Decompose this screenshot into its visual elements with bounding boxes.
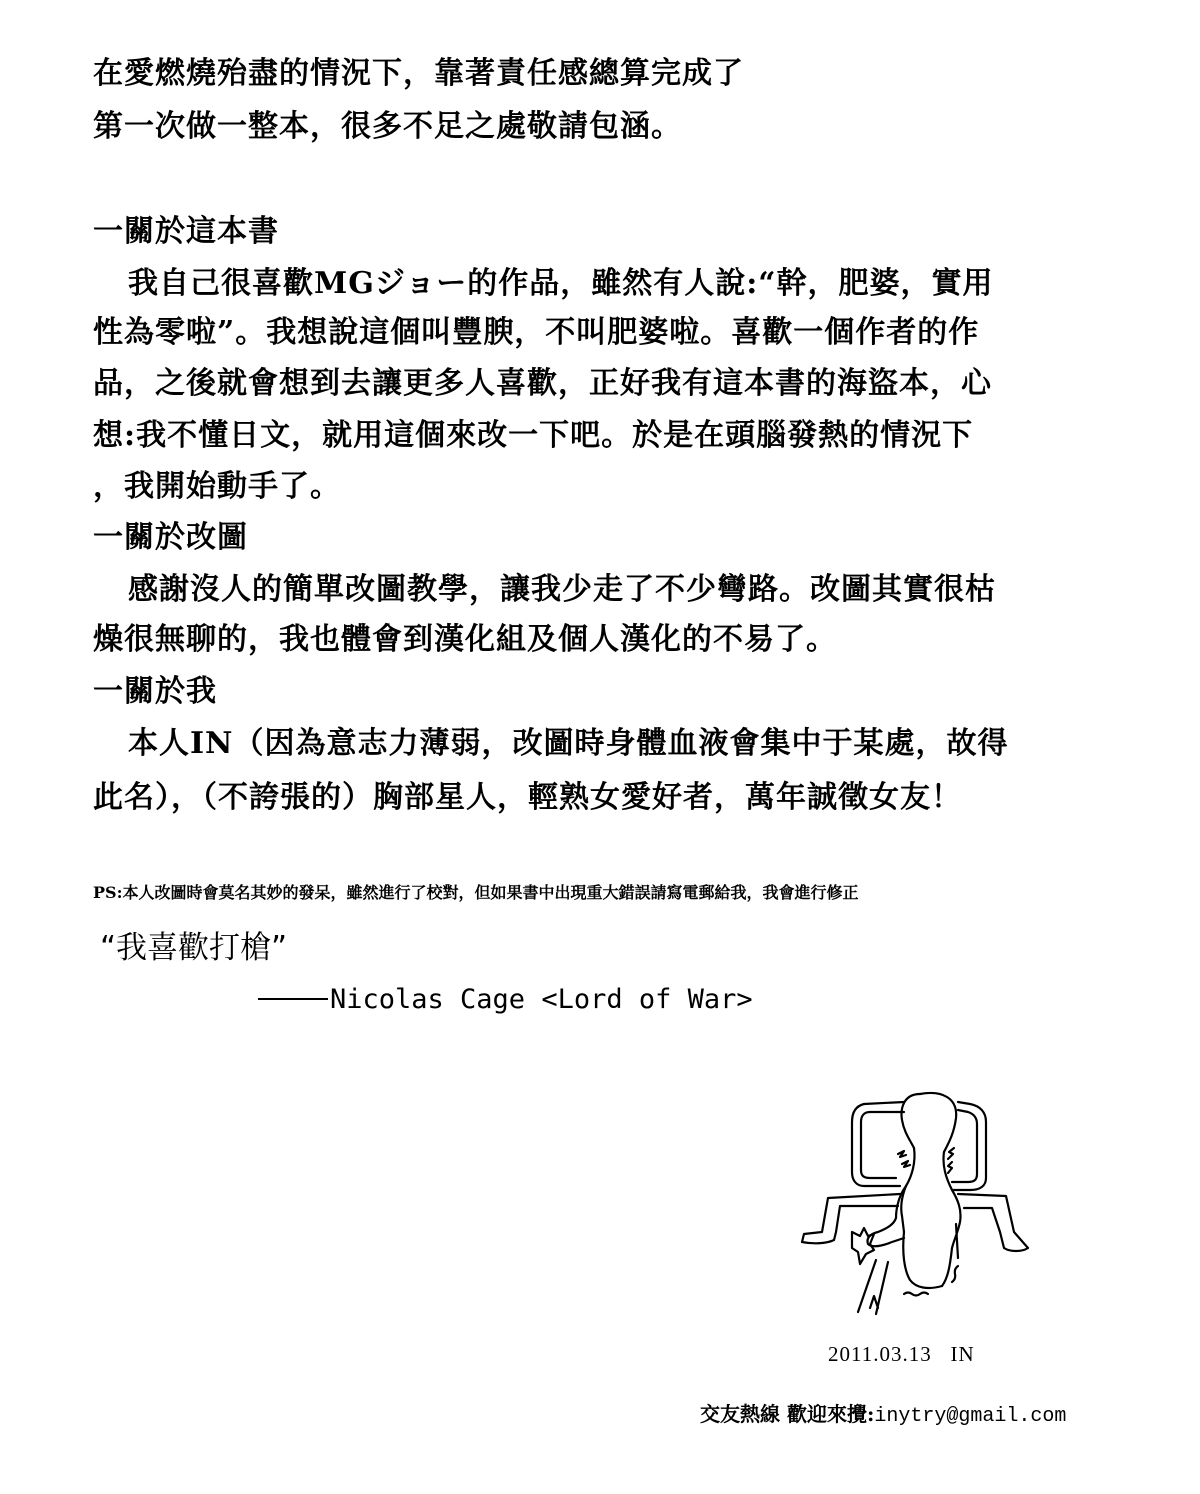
signature-author: IN xyxy=(950,1342,974,1366)
section-heading-about-editing: 一關於改圖 xyxy=(93,518,248,558)
section-heading-about-me: 一關於我 xyxy=(93,672,217,712)
contact-label: 交友熱線 歡迎來攪: xyxy=(700,1402,874,1426)
section-about-book-line-2: 性為零啦”。我想說這個叫豐腴，不叫肥婆啦。喜歡一個作者的作 xyxy=(93,313,979,353)
intro-line-2: 第一次做一整本，很多不足之處敬請包涵。 xyxy=(93,107,682,147)
intro-line-1: 在愛燃燒殆盡的情況下，靠著責任感總算完成了 xyxy=(93,54,744,94)
contact-line: 交友熱線 歡迎來攪:inytry@gmail.com xyxy=(700,1400,1066,1431)
section-heading-about-book: 一關於這本書 xyxy=(93,212,279,252)
section-about-editing-line-2: 燥很無聊的，我也體會到漢化組及個人漢化的不易了。 xyxy=(93,620,837,660)
ps-note: PS:本人改圖時會莫名其妙的發呆，雖然進行了校對，但如果書中出現重大錯誤請寫電郵… xyxy=(93,882,859,904)
signature-date: 2011.03.13 xyxy=(828,1342,932,1366)
quote-attribution: Nicolas Cage <Lord of War> xyxy=(258,982,753,1018)
em-dash-line xyxy=(258,998,328,1000)
signature: 2011.03.13 IN xyxy=(828,1340,975,1368)
sketch-icon xyxy=(792,1082,1052,1322)
contact-email-link[interactable]: inytry@gmail.com xyxy=(874,1405,1066,1428)
section-about-me-line-2: 此名），（不誇張的）胸部星人，輕熟女愛好者，萬年誠徵女友！ xyxy=(93,778,962,818)
section-about-book-line-5: ，我開始動手了。 xyxy=(93,467,341,507)
illustration-person-at-computer xyxy=(792,1082,1052,1322)
section-about-me-line-1: 本人IN（因為意志力薄弱，改圖時身體血液會集中于某處，故得 xyxy=(128,724,1008,764)
quote-attribution-text: Nicolas Cage <Lord of War> xyxy=(330,984,753,1015)
section-about-book-line-3: 品，之後就會想到去讓更多人喜歡，正好我有這本書的海盜本，心 xyxy=(93,364,992,404)
section-about-book-line-4: 想:我不懂日文，就用這個來改一下吧。於是在頭腦發熱的情況下 xyxy=(93,416,973,456)
section-about-editing-line-1: 感謝沒人的簡單改圖教學，讓我少走了不少彎路。改圖其實很枯 xyxy=(128,570,996,610)
section-about-book-line-1: 我自己很喜歡MGジョー的作品，雖然有人說:“幹，肥婆，實用 xyxy=(128,264,994,304)
quote-text: “我喜歡打槍” xyxy=(100,928,287,968)
